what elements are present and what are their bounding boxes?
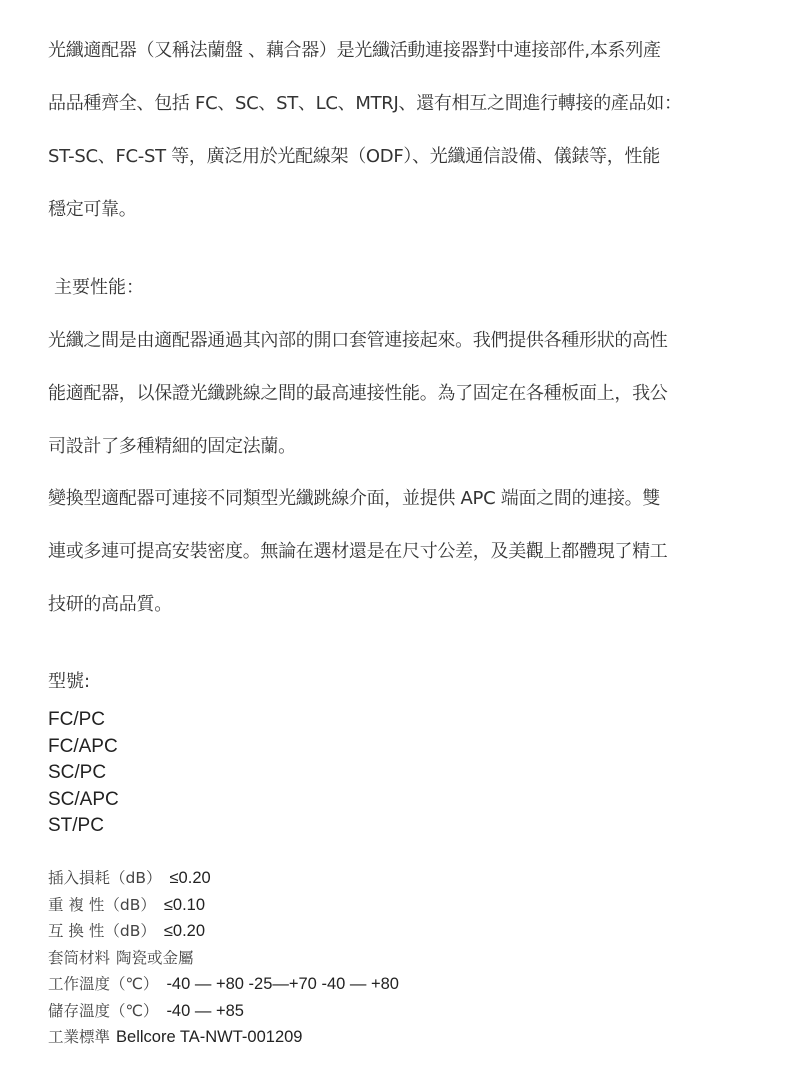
spec-value: Bellcore TA-NWT-001209: [116, 1028, 302, 1046]
spec-unit: （dB）: [104, 896, 155, 914]
intro-paragraph: 光纖適配器（又稱法蘭盤 、藕合器）是光纖活動連接器對中連接部件,本系列產 品品種…: [48, 24, 758, 236]
spec-row-operating-temp: 工作溫度（℃）-40 — +80 -25—+70 -40 — +80: [48, 971, 399, 998]
spec-unit: （dB）: [104, 922, 155, 940]
specs-table: 插入損耗（dB）≤0.20 重 複 性（dB）≤0.10 互 換 性（dB）≤0…: [48, 865, 399, 1051]
models-label: 型號:: [48, 670, 90, 694]
spec-value: ≤0.10: [164, 896, 205, 914]
model-item: SC/APC: [48, 787, 119, 814]
model-item: SC/PC: [48, 760, 119, 787]
spec-label: 工業標準: [48, 1024, 110, 1051]
spec-unit: （dB）: [110, 869, 161, 887]
intro-line: 光纖適配器（又稱法蘭盤 、藕合器）是光纖活動連接器對中連接部件,本系列產: [48, 24, 758, 77]
spec-value: ≤0.20: [170, 869, 211, 887]
model-item: ST/PC: [48, 813, 119, 840]
model-item: FC/APC: [48, 734, 119, 761]
intro-line: 穩定可靠。: [48, 183, 758, 236]
performance-line: 連或多連可提高安裝密度。無論在選材還是在尺寸公差，及美觀上都體現了精工: [48, 525, 758, 578]
models-list: FC/PC FC/APC SC/PC SC/APC ST/PC: [48, 707, 119, 840]
performance-heading: 主要性能：: [54, 276, 144, 300]
spec-row-repeatability: 重 複 性（dB）≤0.10: [48, 892, 399, 919]
spec-value: ≤0.20: [164, 922, 205, 940]
spec-row-industry-standard: 工業標準Bellcore TA-NWT-001209: [48, 1024, 399, 1051]
spec-value: -40 — +80 -25—+70 -40 — +80: [166, 975, 399, 993]
spec-value: -40 — +85: [166, 1002, 244, 1020]
spec-row-insertion-loss: 插入損耗（dB）≤0.20: [48, 865, 399, 892]
spec-row-storage-temp: 儲存溫度（℃）-40 — +85: [48, 998, 399, 1025]
intro-line: ST-SC、FC-ST 等，廣泛用於光配線架（ODF）、光纖通信設備、儀錶等，性…: [48, 130, 758, 183]
spec-label: 互 換 性: [48, 918, 104, 945]
performance-line: 變換型適配器可連接不同類型光纖跳線介面，並提供 APC 端面之間的連接。雙: [48, 472, 758, 525]
model-item: FC/PC: [48, 707, 119, 734]
intro-line: 品品種齊全、包括 FC、SC、ST、LC、MTRJ、還有相互之間進行轉接的產品如…: [48, 77, 758, 130]
spec-label: 工作溫度: [48, 971, 110, 998]
performance-line: 司設計了多種精細的固定法蘭。: [48, 420, 758, 473]
performance-line: 光纖之間是由適配器通過其內部的開口套管連接起來。我們提供各種形狀的高性: [48, 314, 758, 367]
spec-row-interchangeability: 互 換 性（dB）≤0.20: [48, 918, 399, 945]
spec-label: 套筒材料: [48, 945, 110, 972]
spec-row-sleeve-material: 套筒材料陶瓷或金屬: [48, 945, 399, 972]
spec-value: 陶瓷或金屬: [116, 949, 194, 967]
spec-label: 重 複 性: [48, 892, 104, 919]
spec-unit: （℃）: [110, 975, 158, 993]
spec-unit: （℃）: [110, 1002, 158, 1020]
spec-label: 儲存溫度: [48, 998, 110, 1025]
performance-paragraph-2: 變換型適配器可連接不同類型光纖跳線介面，並提供 APC 端面之間的連接。雙 連或…: [48, 472, 758, 631]
spec-label: 插入損耗: [48, 865, 110, 892]
performance-line: 能適配器，以保證光纖跳線之間的最高連接性能。為了固定在各種板面上，我公: [48, 367, 758, 420]
performance-paragraph-1: 光纖之間是由適配器通過其內部的開口套管連接起來。我們提供各種形狀的高性 能適配器…: [48, 314, 758, 473]
performance-line: 技研的高品質。: [48, 578, 758, 631]
